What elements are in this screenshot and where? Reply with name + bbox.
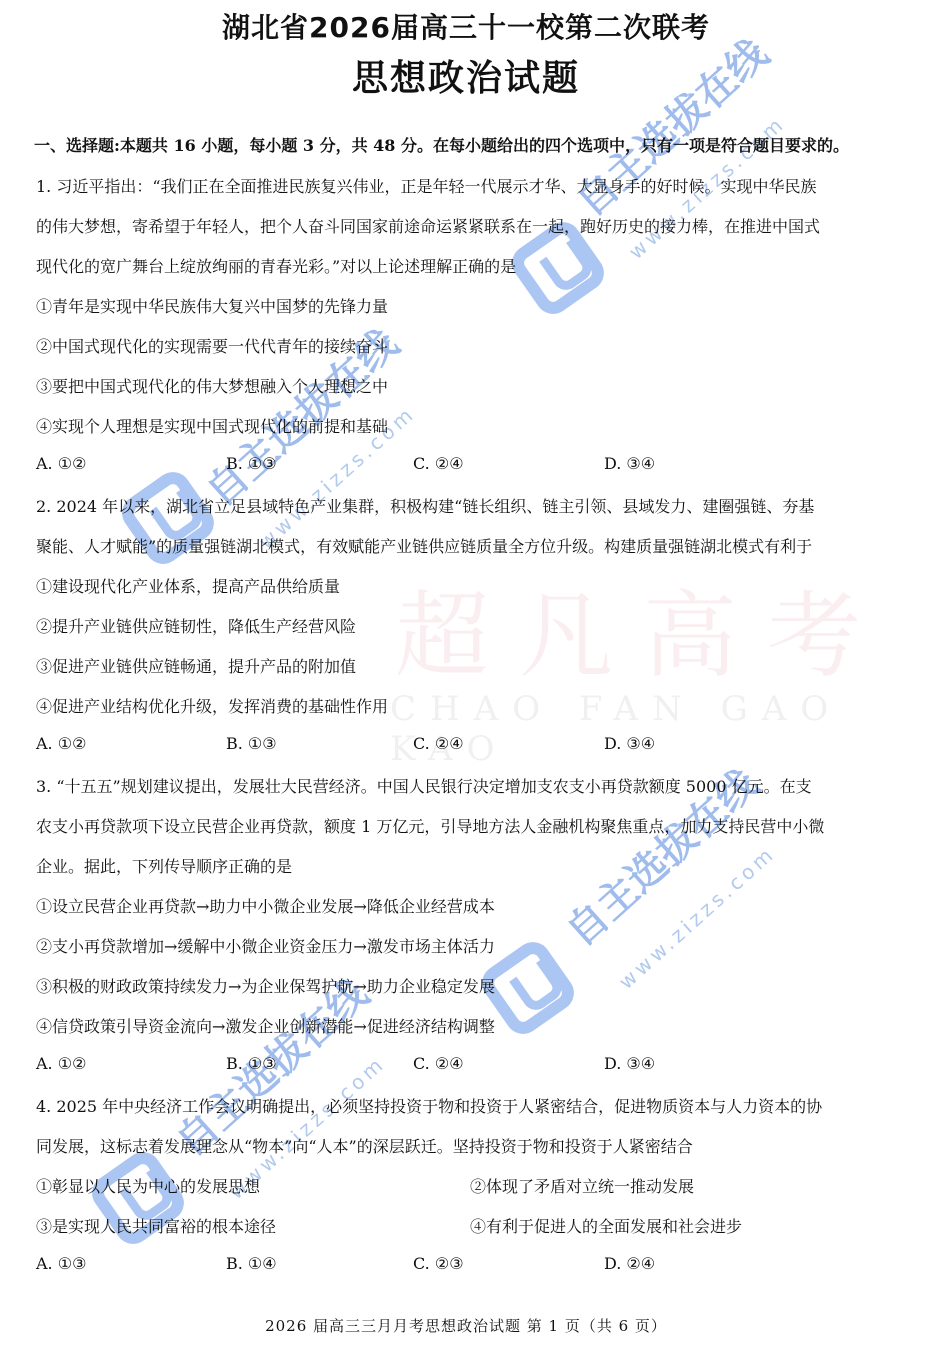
statement: ①建设现代化产业体系，提高产品供给质量 <box>36 574 340 597</box>
choice-b[interactable]: B. ①③ <box>226 734 277 753</box>
choice-b[interactable]: B. ①④ <box>226 1254 277 1273</box>
statement: ①青年是实现中华民族伟大复兴中国梦的先锋力量 <box>36 294 388 317</box>
question-stem-line: 农支小再贷款项下设立民营企业再贷款，额度 1 万亿元，引导地方法人金融机构聚焦重… <box>36 814 824 837</box>
choice-d[interactable]: D. ③④ <box>604 734 655 753</box>
question-stem-line: 聚能、人才赋能”的质量强链湖北模式，有效赋能产业链供应链质量全方位升级。构建质量… <box>36 534 812 557</box>
statement: ②中国式现代化的实现需要一代代青年的接续奋斗 <box>36 334 388 357</box>
choice-a[interactable]: A. ①② <box>36 454 86 473</box>
choice-b[interactable]: B. ①③ <box>226 454 277 473</box>
question-stem-line: 4. 2025 年中央经济工作会议明确提出，必须坚持投资于物和投资于人紧密结合，… <box>36 1094 822 1117</box>
statement: ②体现了矛盾对立统一推动发展 <box>470 1174 694 1197</box>
statement: ①设立民营企业再贷款→助力中小微企业发展→降低企业经营成本 <box>36 894 495 917</box>
question-stem-line: 企业。据此，下列传导顺序正确的是 <box>36 854 292 877</box>
question-stem-line: 现代化的宽广舞台上绽放绚丽的青春光彩。”对以上论述理解正确的是 <box>36 254 516 277</box>
statement: ③是实现人民共同富裕的根本途径 <box>36 1214 276 1237</box>
choice-c[interactable]: C. ②④ <box>413 454 464 473</box>
statement: ③要把中国式现代化的伟大梦想融入个人理想之中 <box>36 374 388 397</box>
statement: ②提升产业链供应链韧性，降低生产经营风险 <box>36 614 356 637</box>
choice-b[interactable]: B. ①③ <box>226 1054 277 1073</box>
choice-c[interactable]: C. ②③ <box>413 1254 464 1273</box>
watermark-center-en: CHAO FAN GAO KAO <box>390 689 932 769</box>
question-stem-line: 2. 2024 年以来，湖北省立足县域特色产业集群，积极构建“链长组织、链主引领… <box>36 494 814 517</box>
statement: ③促进产业链供应链畅通，提升产品的附加值 <box>36 654 356 677</box>
statement: ③积极的财政政策持续发力→为企业保驾护航→助力企业稳定发展 <box>36 974 495 997</box>
statement: ②支小再贷款增加→缓解中小微企业资金压力→激发市场主体活力 <box>36 934 495 957</box>
exam-title: 湖北省2026届高三十一校第二次联考 <box>0 6 932 46</box>
question-stem-line: 3. “十五五”规划建议提出，发展壮大民营经济。中国人民银行决定增加支农支小再贷… <box>36 774 812 797</box>
choice-a[interactable]: A. ①③ <box>36 1254 86 1273</box>
statement: ①彰显以人民为中心的发展思想 <box>36 1174 260 1197</box>
choice-d[interactable]: D. ③④ <box>604 1054 655 1073</box>
statement: ④信贷政策引导资金流向→激发企业创新潜能→促进经济结构调整 <box>36 1014 495 1037</box>
section-heading: 一、选择题:本题共 16 小题，每小题 3 分，共 48 分。在每小题给出的四个… <box>34 133 849 156</box>
question-stem-line: 同发展，这标志着发展理念从“物本”向“人本”的深层跃迁。坚持投资于物和投资于人紧… <box>36 1134 693 1157</box>
choice-c[interactable]: C. ②④ <box>413 734 464 753</box>
watermark-center: 超凡高考 CHAO FAN GAO KAO <box>395 560 932 769</box>
choice-a[interactable]: A. ①② <box>36 734 86 753</box>
page-footer: 2026 届高三三月月考思想政治试题 第 1 页（共 6 页） <box>0 1315 932 1336</box>
choice-d[interactable]: D. ③④ <box>604 454 655 473</box>
question-stem-line: 的伟大梦想，寄希望于年轻人，把个人奋斗同国家前途命运紧紧联系在一起，跑好历史的接… <box>36 214 820 237</box>
choice-c[interactable]: C. ②④ <box>413 1054 464 1073</box>
choice-a[interactable]: A. ①② <box>36 1054 86 1073</box>
statement: ④有利于促进人的全面发展和社会进步 <box>470 1214 742 1237</box>
statement: ④促进产业结构优化升级，发挥消费的基础性作用 <box>36 694 388 717</box>
statement: ④实现个人理想是实现中国式现代化的前提和基础 <box>36 414 388 437</box>
exam-subject-title: 思想政治试题 <box>0 50 932 101</box>
watermark-url-text: www.zizzs.com <box>614 841 780 994</box>
choice-d[interactable]: D. ②④ <box>604 1254 655 1273</box>
watermark-center-cn: 超凡高考 <box>395 560 932 695</box>
question-stem-line: 1. 习近平指出：“我们正在全面推进民族复兴伟业，正是年轻一代展示才华、大显身手… <box>36 174 817 197</box>
